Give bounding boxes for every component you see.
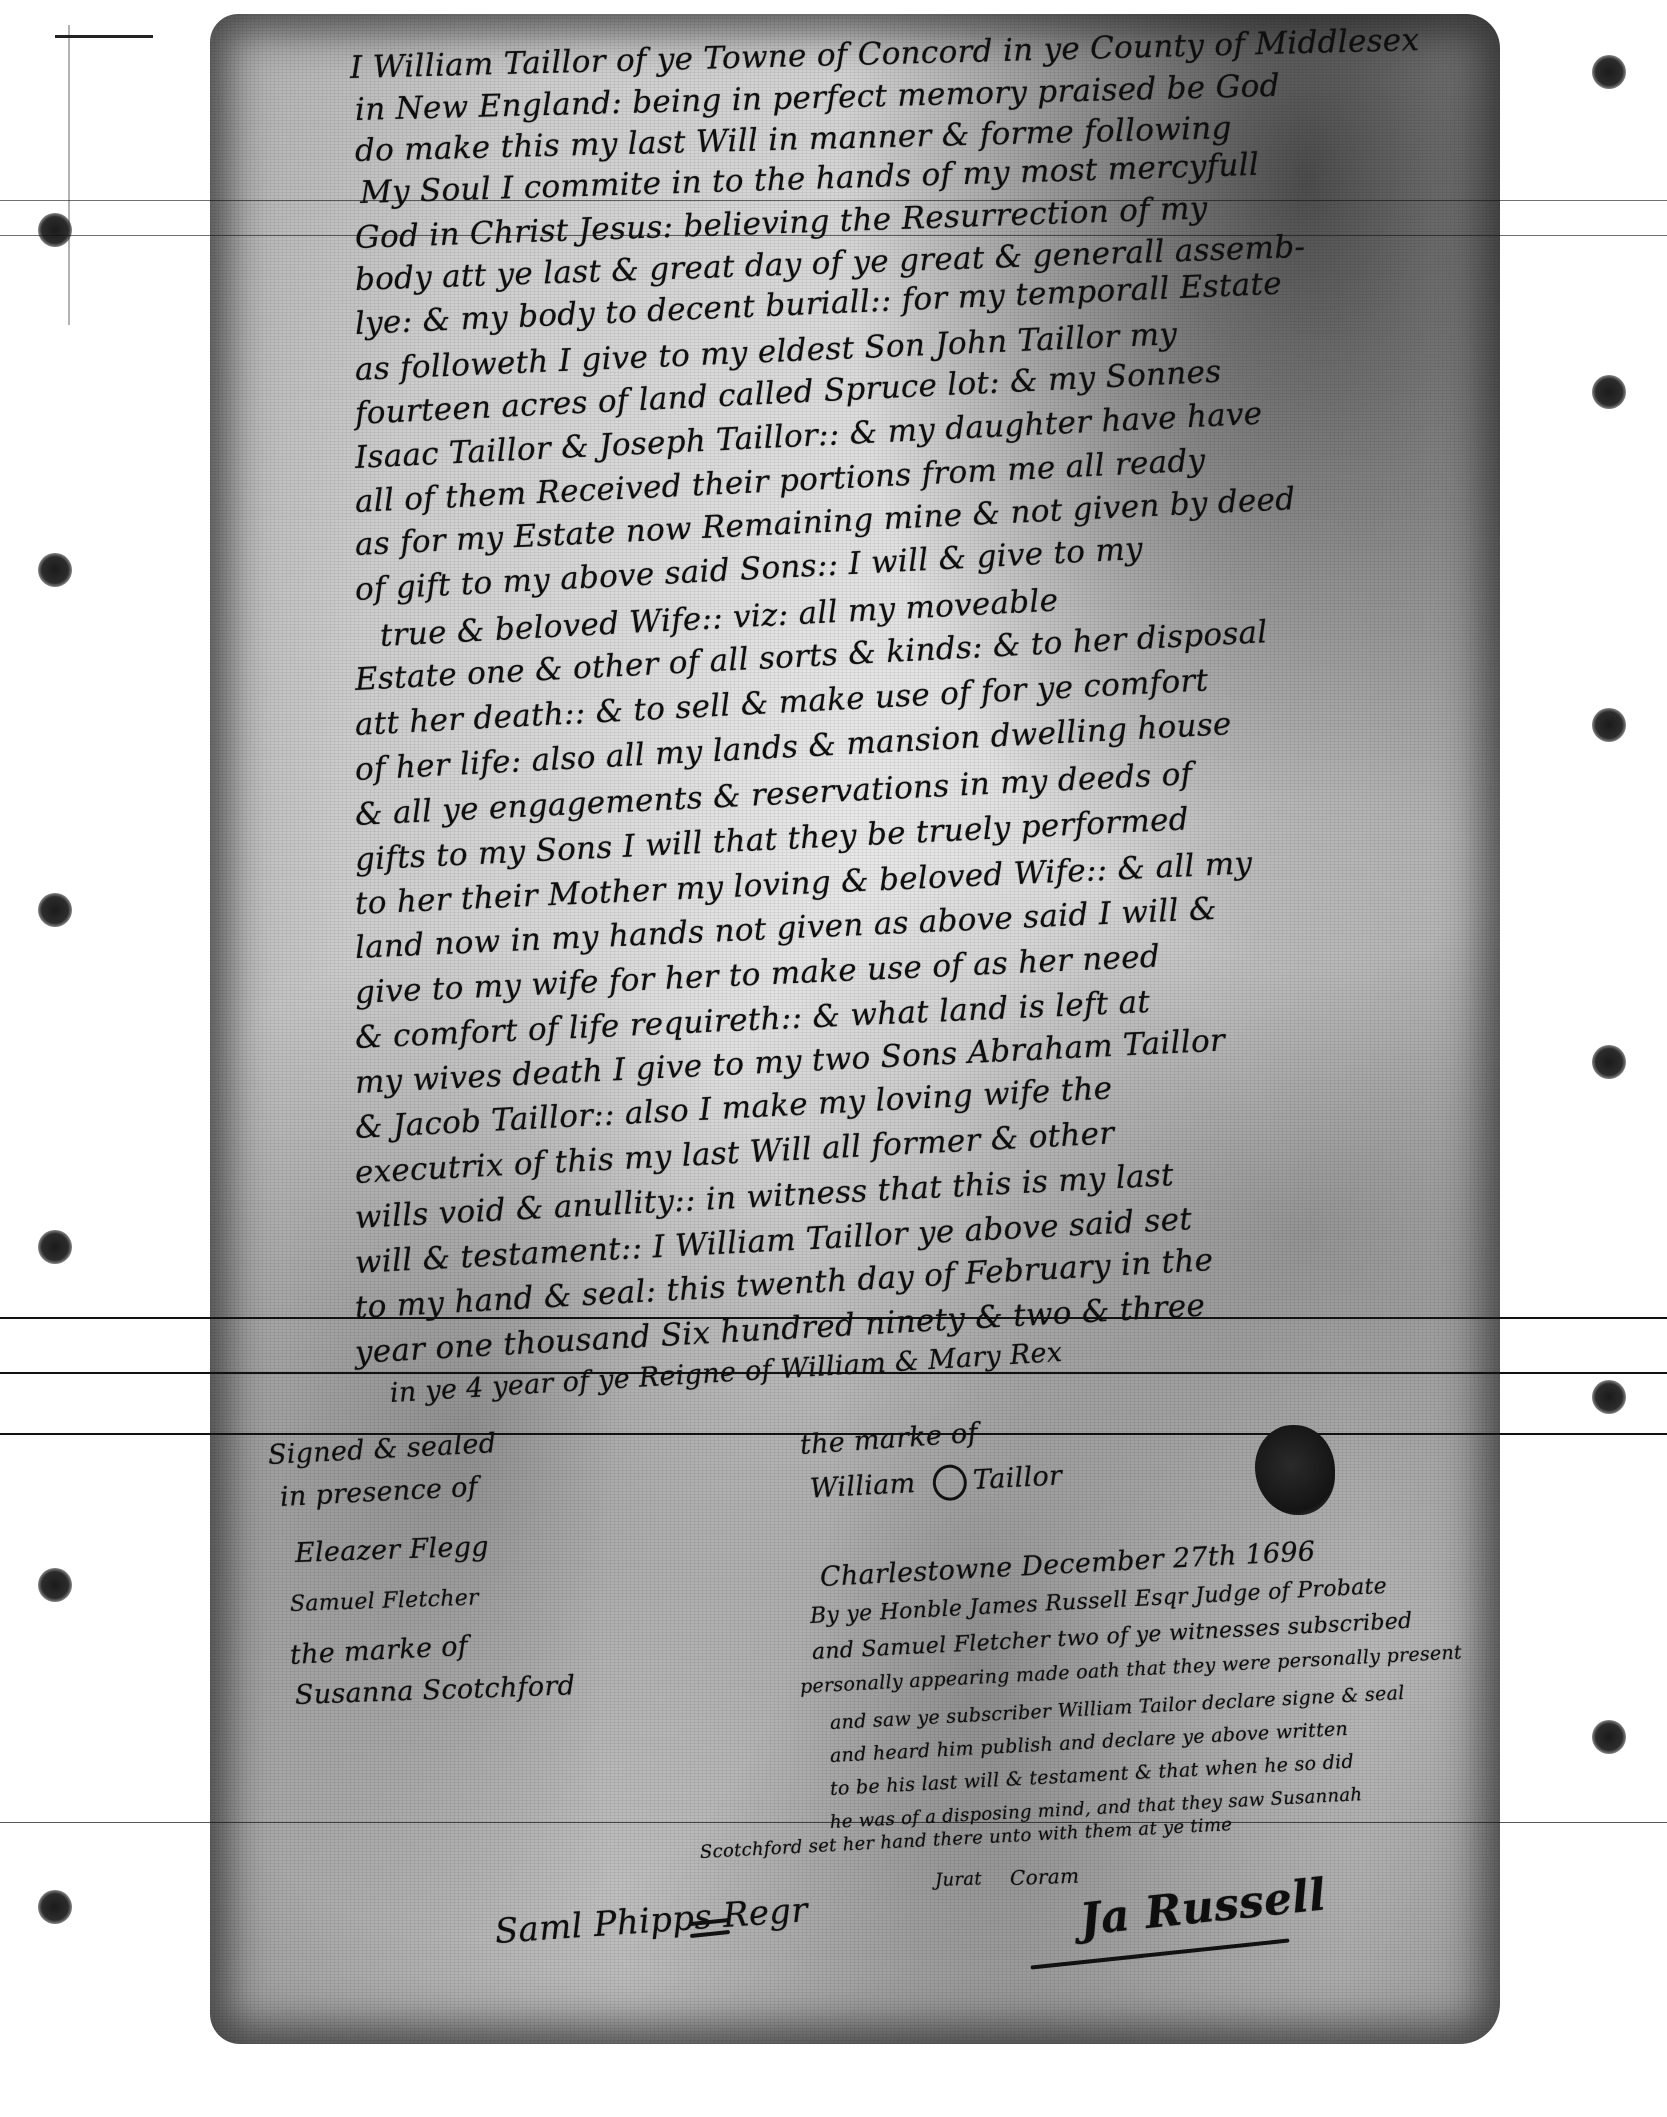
punch-hole-icon	[1592, 1720, 1626, 1754]
crop-mark	[68, 25, 70, 325]
punch-hole-icon	[38, 893, 72, 927]
testator-surname: Taillor	[972, 1460, 1063, 1496]
testator-first-name: William	[809, 1468, 916, 1504]
probate-jurat: Jurat	[935, 1868, 983, 1891]
punch-hole-icon	[1592, 1380, 1626, 1414]
scan-artefact-line	[0, 200, 1667, 201]
punch-hole-icon	[38, 1568, 72, 1602]
punch-hole-icon	[1592, 375, 1626, 409]
punch-hole-icon	[38, 1890, 72, 1924]
punch-hole-icon	[1592, 1045, 1626, 1079]
punch-hole-icon	[1592, 55, 1626, 89]
testator-mark-circle-icon	[932, 1464, 968, 1502]
scanned-document-page: I William Taillor of ye Towne of Concord…	[0, 0, 1667, 2117]
punch-hole-icon	[38, 213, 72, 247]
probate-coram: Coram	[1010, 1864, 1080, 1890]
punch-hole-icon	[38, 553, 72, 587]
punch-hole-icon	[1592, 708, 1626, 742]
punch-hole-icon	[38, 1230, 72, 1264]
